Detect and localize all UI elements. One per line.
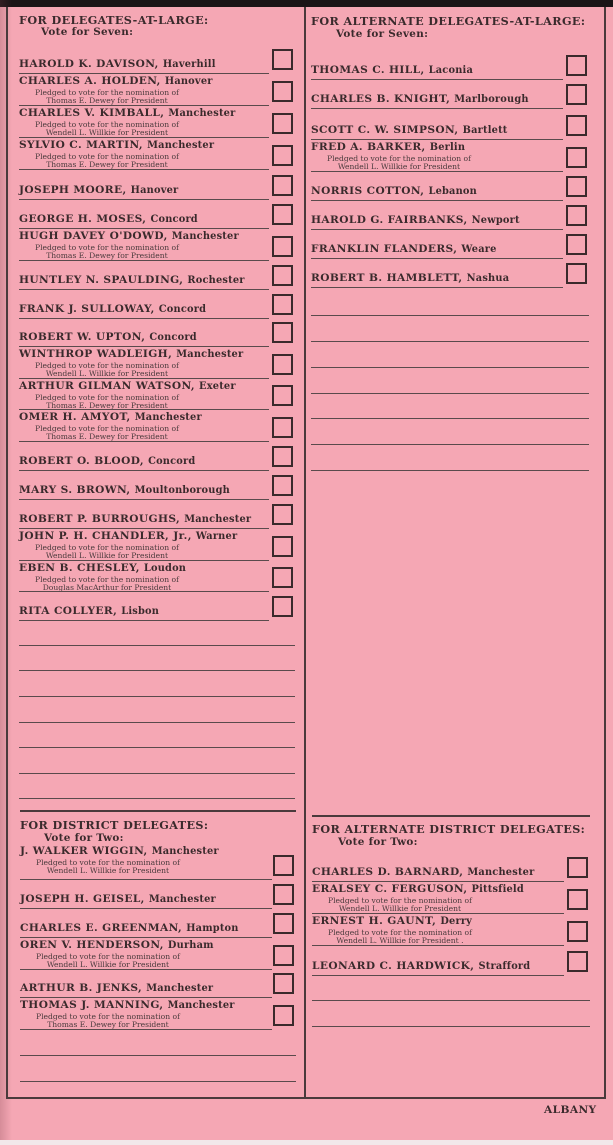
pledge-statement: Pledged to vote for the nomination ofWen… [327, 155, 471, 172]
row-divider [20, 879, 272, 880]
candidate-town: Manchester [147, 140, 214, 151]
vote-checkbox[interactable] [272, 322, 293, 343]
vote-checkbox[interactable] [567, 921, 588, 942]
pledge-statement: Pledged to vote for the nomination ofWen… [35, 362, 179, 379]
vote-checkbox[interactable] [566, 263, 587, 284]
candidate-town: Moultonborough [135, 485, 230, 496]
row-divider [311, 171, 563, 172]
row-divider [19, 105, 269, 106]
section-title: FOR ALTERNATE DELEGATES-AT-LARGE: [311, 14, 585, 28]
vote-checkbox[interactable] [566, 147, 587, 168]
candidate-town: Berlin [430, 142, 465, 153]
candidate-town: Hampton [186, 923, 238, 934]
write-in-line[interactable] [19, 747, 295, 748]
candidate-name: SCOTT C. W. SIMPSON, Bartlett [311, 124, 508, 136]
candidate-name: CHARLES B. KNIGHT, Marlborough [311, 93, 529, 105]
vote-checkbox[interactable] [272, 145, 293, 166]
vote-checkbox[interactable] [273, 913, 294, 934]
row-divider [19, 470, 269, 471]
candidate-town: Exeter [199, 381, 236, 392]
pledge-statement: Pledged to vote for the nomination ofWen… [35, 544, 179, 561]
candidate-name: ROBERT O. BLOOD, Concord [19, 455, 195, 467]
write-in-line[interactable] [19, 670, 295, 671]
vote-checkbox[interactable] [566, 205, 587, 226]
vote-checkbox[interactable] [272, 81, 293, 102]
candidate-town: Haverhill [163, 59, 216, 70]
vote-checkbox[interactable] [567, 889, 588, 910]
vote-checkbox[interactable] [273, 945, 294, 966]
row-divider [19, 169, 269, 170]
candidate-name: CHARLES D. BARNARD, Manchester [312, 866, 534, 878]
candidate-name: ROBERT P. BURROUGHS, Manchester [19, 513, 251, 525]
vote-checkbox[interactable] [272, 113, 293, 134]
row-divider [19, 137, 269, 138]
frame-bottom [6, 1097, 606, 1099]
candidate-name: LEONARD C. HARDWICK, Strafford [312, 960, 530, 972]
pledge-statement: Pledged to vote for the nomination ofTho… [35, 244, 179, 261]
row-divider [20, 1029, 272, 1030]
pledge-statement: Pledged to vote for the nomination ofWen… [36, 859, 180, 876]
candidate-town: Manchester [184, 514, 251, 525]
pledge-statement: Pledged to vote for the nomination ofTho… [35, 89, 179, 106]
write-in-line[interactable] [311, 341, 589, 342]
pledge-statement: Pledged to vote for the nomination ofTho… [35, 153, 179, 170]
candidate-name: CHARLES V. KIMBALL, Manchester [19, 107, 235, 119]
candidate-town: Bartlett [463, 125, 508, 136]
row-divider [311, 139, 563, 140]
candidate-town: Manchester [168, 108, 235, 119]
vote-checkbox[interactable] [272, 596, 293, 617]
candidate-name: HAROLD K. DAVISON, Haverhill [19, 58, 216, 70]
candidate-town: Newport [472, 215, 520, 226]
pledge-statement: Pledged to vote for the nomination ofTho… [36, 1013, 180, 1030]
candidate-name: J. WALKER WIGGIN, Manchester [20, 845, 219, 857]
candidate-name: CHARLES E. GREENMAN, Hampton [20, 922, 239, 934]
candidate-name: ARTHUR B. JENKS, Manchester [20, 982, 213, 994]
frame-right [604, 7, 606, 1097]
section-title: FOR DELEGATES-AT-LARGE: [19, 13, 209, 27]
right-section-divider [312, 815, 590, 817]
candidate-name: JOHN P. H. CHANDLER, Jr., Warner [19, 530, 237, 542]
candidate-town: Concord [149, 332, 196, 343]
pledge-statement: Pledged to vote for the nomination ofTho… [35, 425, 179, 442]
row-divider [311, 200, 563, 201]
row-divider [19, 560, 269, 561]
write-in-line[interactable] [311, 367, 589, 368]
candidate-town: Weare [461, 244, 496, 255]
candidate-name: HAROLD G. FAIRBANKS, Newport [311, 214, 520, 226]
candidate-name: HUGH DAVEY O'DOWD, Manchester [19, 230, 239, 242]
vote-checkbox[interactable] [566, 55, 587, 76]
vote-checkbox[interactable] [272, 175, 293, 196]
candidate-name: MARY S. BROWN, Moultonborough [19, 484, 230, 496]
vote-instruction: Vote for Two: [338, 836, 418, 848]
row-divider [19, 409, 269, 410]
candidate-town: Laconia [429, 65, 473, 76]
row-divider [19, 591, 269, 592]
candidate-town: Concord [159, 304, 206, 315]
write-in-line[interactable] [19, 696, 295, 697]
candidate-town: Manchester [152, 846, 219, 857]
frame-left [6, 7, 8, 1097]
row-divider [19, 260, 269, 261]
row-divider [19, 528, 269, 529]
candidate-name: FRED A. BARKER, Berlin [311, 141, 465, 153]
section-title: FOR ALTERNATE DISTRICT DELEGATES: [312, 822, 585, 836]
section-title: FOR DISTRICT DELEGATES: [20, 818, 208, 832]
pledge-statement: Pledged to vote for the nomination ofWen… [328, 929, 472, 946]
row-divider [19, 620, 269, 621]
candidate-town: Warner [196, 531, 237, 542]
row-divider [19, 378, 269, 379]
candidate-town: Concord [148, 456, 195, 467]
write-in-line[interactable] [20, 1081, 296, 1082]
vote-checkbox[interactable] [566, 176, 587, 197]
candidate-town: Manchester [172, 231, 239, 242]
candidate-name: NORRIS COTTON, Lebanon [311, 185, 477, 197]
vote-checkbox[interactable] [566, 234, 587, 255]
candidate-name: ROBERT B. HAMBLETT, Nashua [311, 272, 509, 284]
vote-checkbox[interactable] [272, 536, 293, 557]
printer-imprint: ALBANY [544, 1104, 597, 1116]
candidate-town: Nashua [467, 273, 510, 284]
row-divider [19, 289, 269, 290]
candidate-name: FRANK J. SULLOWAY, Concord [19, 303, 206, 315]
vote-checkbox[interactable] [272, 446, 293, 467]
row-divider [20, 997, 272, 998]
candidate-town: Marlborough [454, 94, 528, 105]
row-divider [20, 908, 272, 909]
vote-checkbox[interactable] [272, 236, 293, 257]
vote-checkbox[interactable] [567, 857, 588, 878]
write-in-line[interactable] [312, 1026, 590, 1027]
candidate-name: ARTHUR GILMAN WATSON, Exeter [19, 380, 236, 392]
candidate-name: WINTHROP WADLEIGH, Manchester [19, 348, 243, 360]
write-in-line[interactable] [19, 722, 295, 723]
candidate-name: OREN V. HENDERSON, Durham [20, 939, 214, 951]
pledge-statement: Pledged to vote for the nomination ofWen… [35, 121, 179, 138]
vote-checkbox[interactable] [272, 385, 293, 406]
candidate-name: GEORGE H. MOSES, Concord [19, 213, 198, 225]
vote-instruction: Vote for Seven: [41, 26, 133, 38]
row-divider [19, 346, 269, 347]
candidate-name: ERALSEY C. FERGUSON, Pittsfield [312, 883, 524, 895]
row-divider [311, 79, 563, 80]
vote-checkbox[interactable] [272, 354, 293, 375]
write-in-line[interactable] [19, 773, 295, 774]
candidate-town: Rochester [187, 275, 244, 286]
row-divider [19, 318, 269, 319]
write-in-line[interactable] [19, 798, 295, 799]
candidate-town: Concord [150, 214, 197, 225]
top-dark-edge [0, 0, 613, 7]
vote-checkbox[interactable] [272, 475, 293, 496]
candidate-name: OMER H. AMYOT, Manchester [19, 411, 202, 423]
row-divider [312, 881, 564, 882]
candidate-town: Strafford [478, 961, 530, 972]
row-divider [20, 969, 272, 970]
vote-checkbox[interactable] [566, 84, 587, 105]
write-in-line[interactable] [311, 393, 589, 394]
vote-checkbox[interactable] [272, 294, 293, 315]
candidate-town: Lebanon [428, 186, 477, 197]
row-divider [312, 945, 564, 946]
vote-checkbox[interactable] [273, 884, 294, 905]
vote-checkbox[interactable] [272, 49, 293, 70]
write-in-line[interactable] [311, 315, 589, 316]
row-divider [19, 499, 269, 500]
vote-checkbox[interactable] [272, 204, 293, 225]
candidate-name: EBEN B. CHESLEY, Loudon [19, 562, 186, 574]
vote-instruction: Vote for Two: [44, 832, 124, 844]
candidate-name: SYLVIO C. MARTIN, Manchester [19, 139, 214, 151]
page-edge [0, 1140, 613, 1145]
candidate-town: Manchester [176, 349, 243, 360]
row-divider [19, 441, 269, 442]
candidate-name: ERNEST H. GAUNT, Derry [312, 915, 472, 927]
write-in-line[interactable] [311, 418, 589, 419]
row-divider [311, 229, 563, 230]
candidate-town: Lisbon [121, 606, 159, 617]
candidate-name: CHARLES A. HOLDEN, Hanover [19, 75, 213, 87]
row-divider [312, 913, 564, 914]
row-divider [312, 975, 564, 976]
candidate-name: ROBERT W. UPTON, Concord [19, 331, 197, 343]
pledge-statement: Pledged to vote for the nomination ofWen… [36, 953, 180, 970]
vote-checkbox[interactable] [273, 1005, 294, 1026]
candidate-town: Manchester [168, 1000, 235, 1011]
candidate-town: Manchester [135, 412, 202, 423]
frame-center [304, 7, 306, 1097]
candidate-name: JOSEPH MOORE, Hanover [19, 184, 178, 196]
vote-checkbox[interactable] [272, 417, 293, 438]
row-divider [19, 199, 269, 200]
row-divider [20, 937, 272, 938]
vote-instruction: Vote for Seven: [336, 28, 428, 40]
vote-checkbox[interactable] [273, 855, 294, 876]
candidate-name: HUNTLEY N. SPAULDING, Rochester [19, 274, 245, 286]
vote-checkbox[interactable] [273, 973, 294, 994]
vote-checkbox[interactable] [566, 115, 587, 136]
vote-checkbox[interactable] [567, 951, 588, 972]
candidate-name: RITA COLLYER, Lisbon [19, 605, 159, 617]
write-in-line[interactable] [312, 1000, 590, 1001]
pledge-statement: Pledged to vote for the nomination ofWen… [328, 897, 472, 914]
row-divider [19, 228, 269, 229]
candidate-town: Loudon [144, 563, 186, 574]
row-divider [311, 108, 563, 109]
vote-checkbox[interactable] [272, 265, 293, 286]
write-in-line[interactable] [20, 1055, 296, 1056]
candidate-town: Manchester [467, 867, 534, 878]
candidate-town: Derry [440, 916, 472, 927]
candidate-town: Hanover [131, 185, 179, 196]
candidate-town: Pittsfield [472, 884, 524, 895]
candidate-town: Manchester [149, 894, 216, 905]
candidate-town: Manchester [146, 983, 213, 994]
vote-checkbox[interactable] [272, 504, 293, 525]
row-divider [19, 73, 269, 74]
pledge-line: Wendell L. Willkie for President [36, 867, 180, 875]
candidate-name: THOMAS C. HILL, Laconia [311, 64, 473, 76]
candidate-town: Hanover [165, 76, 213, 87]
write-in-line[interactable] [19, 645, 295, 646]
row-divider [311, 258, 563, 259]
candidate-town: Durham [168, 940, 214, 951]
vote-checkbox[interactable] [272, 567, 293, 588]
write-in-line[interactable] [311, 444, 589, 445]
candidate-name: THOMAS J. MANNING, Manchester [20, 999, 235, 1011]
left-section-divider [20, 810, 296, 812]
write-in-line[interactable] [311, 470, 589, 471]
row-divider [311, 287, 563, 288]
candidate-name: FRANKLIN FLANDERS, Weare [311, 243, 497, 255]
candidate-name: JOSEPH H. GEISEL, Manchester [20, 893, 216, 905]
